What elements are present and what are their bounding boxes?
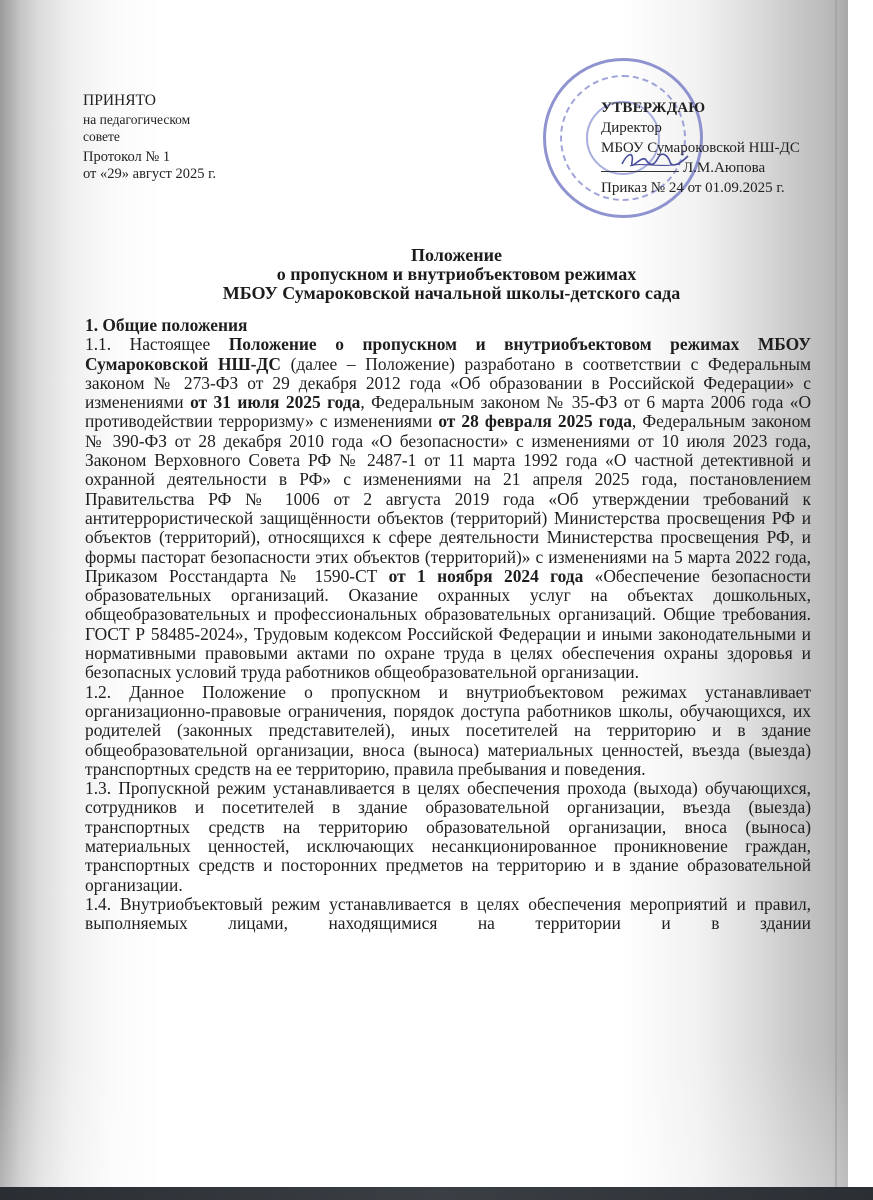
approval-block-approved: УТВЕРЖДАЮ Директор МБОУ Сумароковской НШ… (601, 98, 800, 198)
text-run: 1.1. Настоящее (85, 334, 229, 354)
approver-name: Л.М.Аюпова (683, 160, 765, 176)
title-line-2: о пропускном и внутриобъектовом режимах (0, 265, 873, 284)
accepted-title: ПРИНЯТО (83, 91, 216, 111)
approver-position: Директор (601, 118, 800, 138)
document-title: Положение о пропускном и внутриобъектово… (0, 246, 873, 303)
protocol-date: от «29» август 2025 г. (83, 166, 216, 183)
title-line-3: МБОУ Сумароковской начальной школы-детск… (0, 284, 873, 303)
approved-title: УТВЕРЖДАЮ (601, 98, 800, 118)
accepted-line-1: на педагогическом (83, 111, 216, 128)
paragraph-1-2: 1.2. Данное Положение о пропускном и вну… (85, 683, 811, 779)
approval-order: Приказ № 24 от 01.09.2025 г. (601, 178, 800, 198)
approver-signature-line: Л.М.Аюпова (601, 158, 800, 178)
paragraph-1-4: 1.4. Внутриобъектовый режим устанавливае… (85, 895, 811, 934)
title-line-1: Положение (0, 246, 873, 265)
protocol-number: Протокол № 1 (83, 149, 216, 166)
paragraph-1-1: 1.1. Настоящее Положение о пропускном и … (85, 335, 811, 682)
section-heading: 1. Общие положения (85, 316, 811, 335)
document-body: 1. Общие положения 1.1. Настоящее Положе… (85, 316, 811, 934)
signature-line (601, 171, 679, 172)
approver-organization: МБОУ Сумароковской НШ-ДС (601, 138, 800, 158)
bold-run: от 1 ноября 2024 года (389, 566, 584, 586)
approval-block-accepted: ПРИНЯТО на педагогическом совете Протоко… (83, 91, 216, 183)
text-run: , Федеральным законом № 390-ФЗ от 28 дек… (85, 411, 811, 585)
page-edge (835, 0, 837, 1187)
accepted-line-2: совете (83, 128, 216, 145)
bold-run: от 28 февраля 2025 года (438, 411, 632, 431)
bold-run: от 31 июля 2025 года (190, 392, 360, 412)
paragraph-1-3: 1.3. Пропускной режим устанавливается в … (85, 779, 811, 895)
scanner-bottom-edge (0, 1187, 873, 1200)
